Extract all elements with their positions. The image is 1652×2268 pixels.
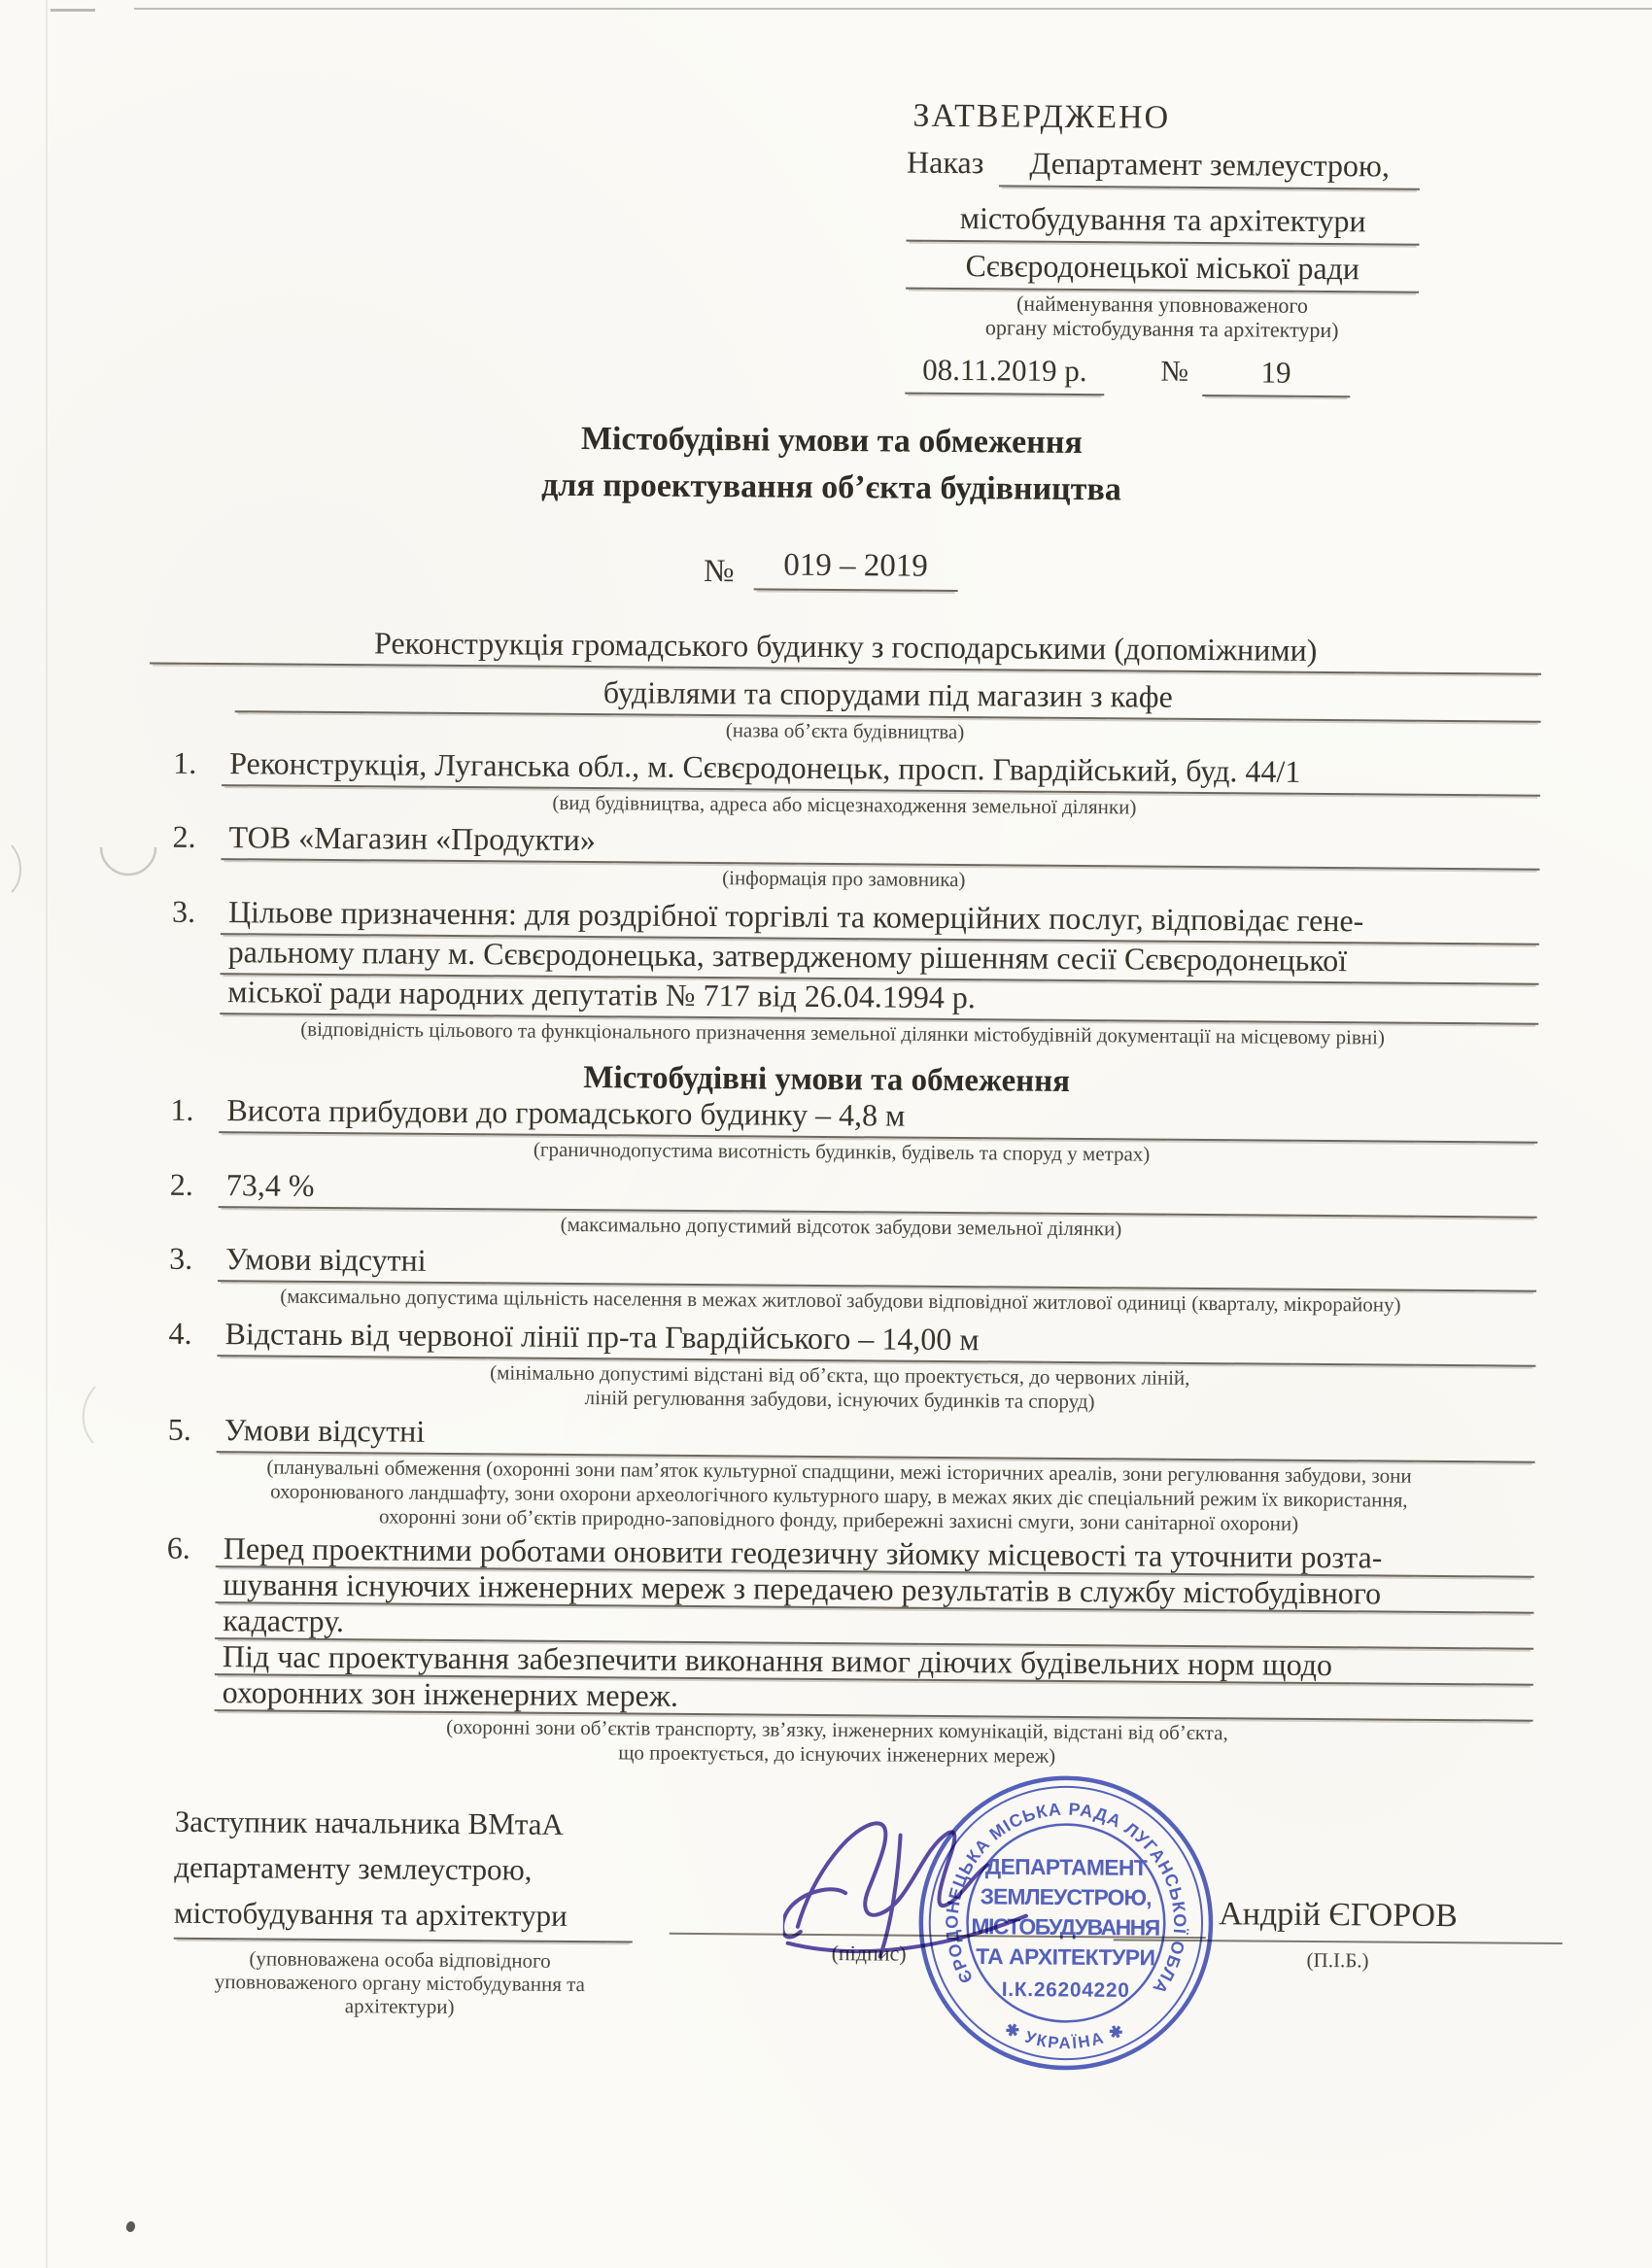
document-title: Містобудівні умови та обмеження для прое… [5,411,1652,517]
handwritten-signature [782,1805,1065,1977]
issuer-caption-line1: (найменування уповноваженого [906,292,1419,318]
item-number: 2. [148,820,221,861]
item-number-empty [148,968,221,976]
item-number: 6. [143,1532,216,1567]
item-number: 4. [144,1316,217,1357]
document-number: 019 – 2019 [753,547,957,592]
document-number-sign: № [704,554,735,590]
signer-position-caption-line3: архітектури) [156,1993,642,2020]
signer-position-caption: (уповноважена особа відповідного уповнов… [156,1946,643,2020]
order-issuer-line1: Департамент землеустрою, [999,146,1420,189]
order-number: 19 [1202,356,1350,397]
conditions-list: 1. Висота прибудови до громадського буди… [141,1093,1537,1772]
order-row: Наказ Департамент землеустрою, [907,146,1420,190]
order-issuer-line2: містобудування та архітектури [906,201,1419,246]
document-content: ЗАТВЕРДЖЕНО Наказ Департамент землеустро… [0,0,1652,2268]
item-number-empty [142,1670,215,1675]
item-number: 1. [149,746,222,787]
signer-position-line2: департаменту землеустрою, [174,1844,633,1894]
order-date: 08.11.2019 р. [905,354,1104,396]
item-number: 1. [146,1093,219,1134]
item-number-empty [142,1706,215,1711]
item-number-empty [142,1598,215,1603]
signer-position-caption-line2: уповноваженого органу містобудування та [156,1970,642,1997]
signer-position-line3: містобудування та архітектури [174,1890,633,1943]
signature-strokes [782,1823,1026,1958]
item-number: 2. [146,1168,219,1209]
approved-label: ЗАТВЕРДЖЕНО [907,98,1420,139]
order-date-row: 08.11.2019 р. № 19 [905,354,1418,398]
scanned-document-page: ЗАТВЕРДЖЕНО Наказ Департамент землеустро… [0,0,1652,2268]
approval-block: ЗАТВЕРДЖЕНО Наказ Департамент землеустро… [905,98,1420,398]
order-number-sign: № [1160,356,1188,396]
object-name-line1: Реконструкція громадського будинку з гос… [150,625,1541,675]
item-number-empty [147,1008,220,1015]
general-info-list: 1. Реконструкція, Луганська обл., м. Сєв… [147,746,1540,1051]
issuer-caption-line2: органу містобудування та архітектури) [906,317,1419,342]
stamp-bottom-text: ✱ УКРАЇНА ✱ [1002,2019,1128,2053]
object-name-block: Реконструкція громадського будинку з гос… [149,625,1541,749]
signer-position-line1: Заступник начальника ВМтаА [174,1799,633,1848]
order-issuer-line3: Сєвєродонецької міської ради [906,249,1419,293]
item-number: 3. [148,895,221,936]
item-number: 3. [145,1241,218,1282]
item-number: 5. [144,1412,217,1453]
stamp-code: І.К.26204220 [1002,1978,1129,2002]
item-number-empty [142,1634,215,1639]
order-label: Наказ [907,146,984,188]
signer-position-block: Заступник начальника ВМтаА департаменту … [174,1799,634,1943]
document-number-row: № 019 – 2019 [5,541,1652,597]
